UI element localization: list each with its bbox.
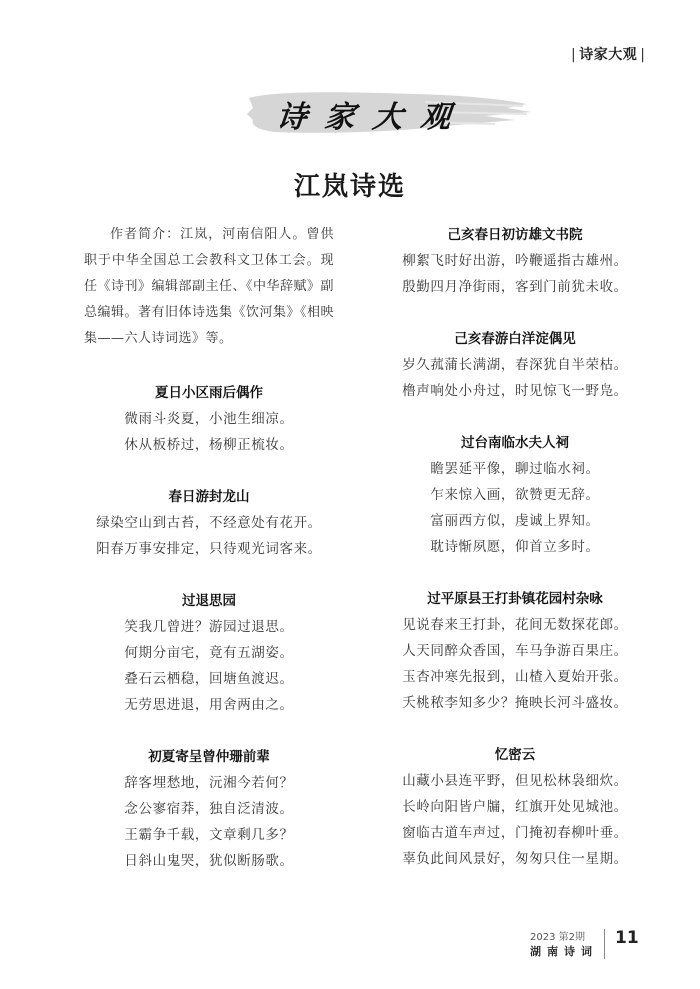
poem: 过台南临水夫人祠 瞻罢延平像，聊过临水祠。 乍来惊入画，欲赞更无辞。 富丽西方似… bbox=[390, 430, 640, 560]
poem-line: 瞻罢延平像，聊过临水祠。 bbox=[390, 456, 640, 482]
divider-bar: | bbox=[640, 47, 645, 63]
poem-line: 何期分亩宅，竟有五湖姿。 bbox=[84, 640, 334, 666]
poem-line: 无劳思进退，用舍两由之。 bbox=[84, 692, 334, 718]
poem-title: 过平原县王打卦镇花园村杂咏 bbox=[390, 586, 640, 612]
poem-line: 念公寥宿莽，独自泛清波。 bbox=[84, 796, 334, 822]
poem-title: 忆密云 bbox=[390, 742, 640, 768]
right-column: 己亥春日初访雄文书院 柳絮飞时好出游，吟鞭遥指古雄州。 殷勤四月净街雨，客到门前… bbox=[390, 222, 640, 872]
poem-title: 过退思园 bbox=[84, 588, 334, 614]
poem-title: 过台南临水夫人祠 bbox=[390, 430, 640, 456]
poem-line: 辜负此间风景好，匆匆只住一星期。 bbox=[390, 846, 640, 872]
poem: 夏日小区雨后偶作 微雨斗炎夏，小池生细凉。 休从板桥过，杨柳正梳妆。 bbox=[84, 380, 334, 458]
poem-line: 阳春万事安排定，只待观光词客来。 bbox=[84, 536, 334, 562]
poem-line: 日斜山鬼哭，犹似断肠歌。 bbox=[84, 848, 334, 874]
poem-line: 人天同醉众香国，车马争游百果庄。 bbox=[390, 638, 640, 664]
poem-line: 夭桃秾李知多少？掩映长河斗盛妆。 bbox=[390, 690, 640, 716]
section-label: |诗家大观| bbox=[568, 44, 648, 64]
poem-title: 夏日小区雨后偶作 bbox=[84, 380, 334, 406]
poem-line: 长岭向阳皆户牖，红旗开处见城池。 bbox=[390, 794, 640, 820]
poem-line: 岁久菰蒲长满湖，春深犹自半荣枯。 bbox=[390, 352, 640, 378]
poem-title: 己亥春日初访雄文书院 bbox=[390, 222, 640, 248]
left-column: 作者简介：江岚，河南信阳人。曾供职于中华全国总工会教科文卫体工会。现任《诗刊》编… bbox=[84, 222, 334, 874]
footer-divider bbox=[604, 929, 605, 959]
poem-line: 辞客埋愁地，沅湘今若何？ bbox=[84, 770, 334, 796]
poem-title: 春日游封龙山 bbox=[84, 484, 334, 510]
poem: 己亥春游白洋淀偶见 岁久菰蒲长满湖，春深犹自半荣枯。 橹声响处小舟过，时见惊飞一… bbox=[390, 326, 640, 404]
banner: 诗家大观 bbox=[245, 86, 535, 138]
poem-title: 初夏寄呈曾仲珊前辈 bbox=[84, 744, 334, 770]
poem-line: 叠石云栖稳，回塘鱼渡迟。 bbox=[84, 666, 334, 692]
poem: 初夏寄呈曾仲珊前辈 辞客埋愁地，沅湘今若何？ 念公寥宿莽，独自泛清波。 王霸争千… bbox=[84, 744, 334, 874]
poem-line: 王霸争千载，文章剩几多？ bbox=[84, 822, 334, 848]
poem: 过平原县王打卦镇花园村杂咏 见说春来王打卦，花间无数探花郎。 人天同醉众香国，车… bbox=[390, 586, 640, 716]
poem: 忆密云 山藏小县连平野，但见松林袅细炊。 长岭向阳皆户牖，红旗开处见城池。 窗临… bbox=[390, 742, 640, 872]
poem-line: 殷勤四月净街雨，客到门前犹未收。 bbox=[390, 274, 640, 300]
journal-name: 湖南诗词 bbox=[530, 943, 598, 959]
poem-line: 窗临古道车声过，门掩初春柳叶垂。 bbox=[390, 820, 640, 846]
poem-line: 见说春来王打卦，花间无数探花郎。 bbox=[390, 612, 640, 638]
poem-line: 微雨斗炎夏，小池生细凉。 bbox=[84, 406, 334, 432]
divider-bar: | bbox=[571, 47, 576, 63]
banner-title: 诗家大观 bbox=[275, 92, 472, 136]
page-title: 江岚诗选 bbox=[0, 166, 700, 203]
poem: 春日游封龙山 绿染空山到古苔，不经意处有花开。 阳春万事安排定，只待观光词客来。 bbox=[84, 484, 334, 562]
page-number: 11 bbox=[615, 928, 639, 948]
poem-line: 橹声响处小舟过，时见惊飞一野凫。 bbox=[390, 378, 640, 404]
poem-line: 玉杏冲寒先报到，山楂入夏始开张。 bbox=[390, 664, 640, 690]
poem-line: 绿染空山到古苔，不经意处有花开。 bbox=[84, 510, 334, 536]
poem-line: 山藏小县连平野，但见松林袅细炊。 bbox=[390, 768, 640, 794]
section-label-text: 诗家大观 bbox=[579, 47, 637, 63]
poem-line: 笑我几曾进？游园过退思。 bbox=[84, 614, 334, 640]
poem-line: 富丽西方似，虔诚上界知。 bbox=[390, 508, 640, 534]
poem: 己亥春日初访雄文书院 柳絮飞时好出游，吟鞭遥指古雄州。 殷勤四月净街雨，客到门前… bbox=[390, 222, 640, 300]
poem-line: 柳絮飞时好出游，吟鞭遥指古雄州。 bbox=[390, 248, 640, 274]
poem-line: 休从板桥过，杨柳正梳妆。 bbox=[84, 432, 334, 458]
poem: 过退思园 笑我几曾进？游园过退思。 何期分亩宅，竟有五湖姿。 叠石云栖稳，回塘鱼… bbox=[84, 588, 334, 718]
poem-line: 耽诗惭夙愿，仰首立多时。 bbox=[390, 534, 640, 560]
issue-label: 2023 第2期 bbox=[530, 928, 585, 943]
poem-line: 乍来惊入画，欲赞更无辞。 bbox=[390, 482, 640, 508]
poem-title: 己亥春游白洋淀偶见 bbox=[390, 326, 640, 352]
author-bio: 作者简介：江岚，河南信阳人。曾供职于中华全国总工会教科文卫体工会。现任《诗刊》编… bbox=[84, 222, 334, 352]
